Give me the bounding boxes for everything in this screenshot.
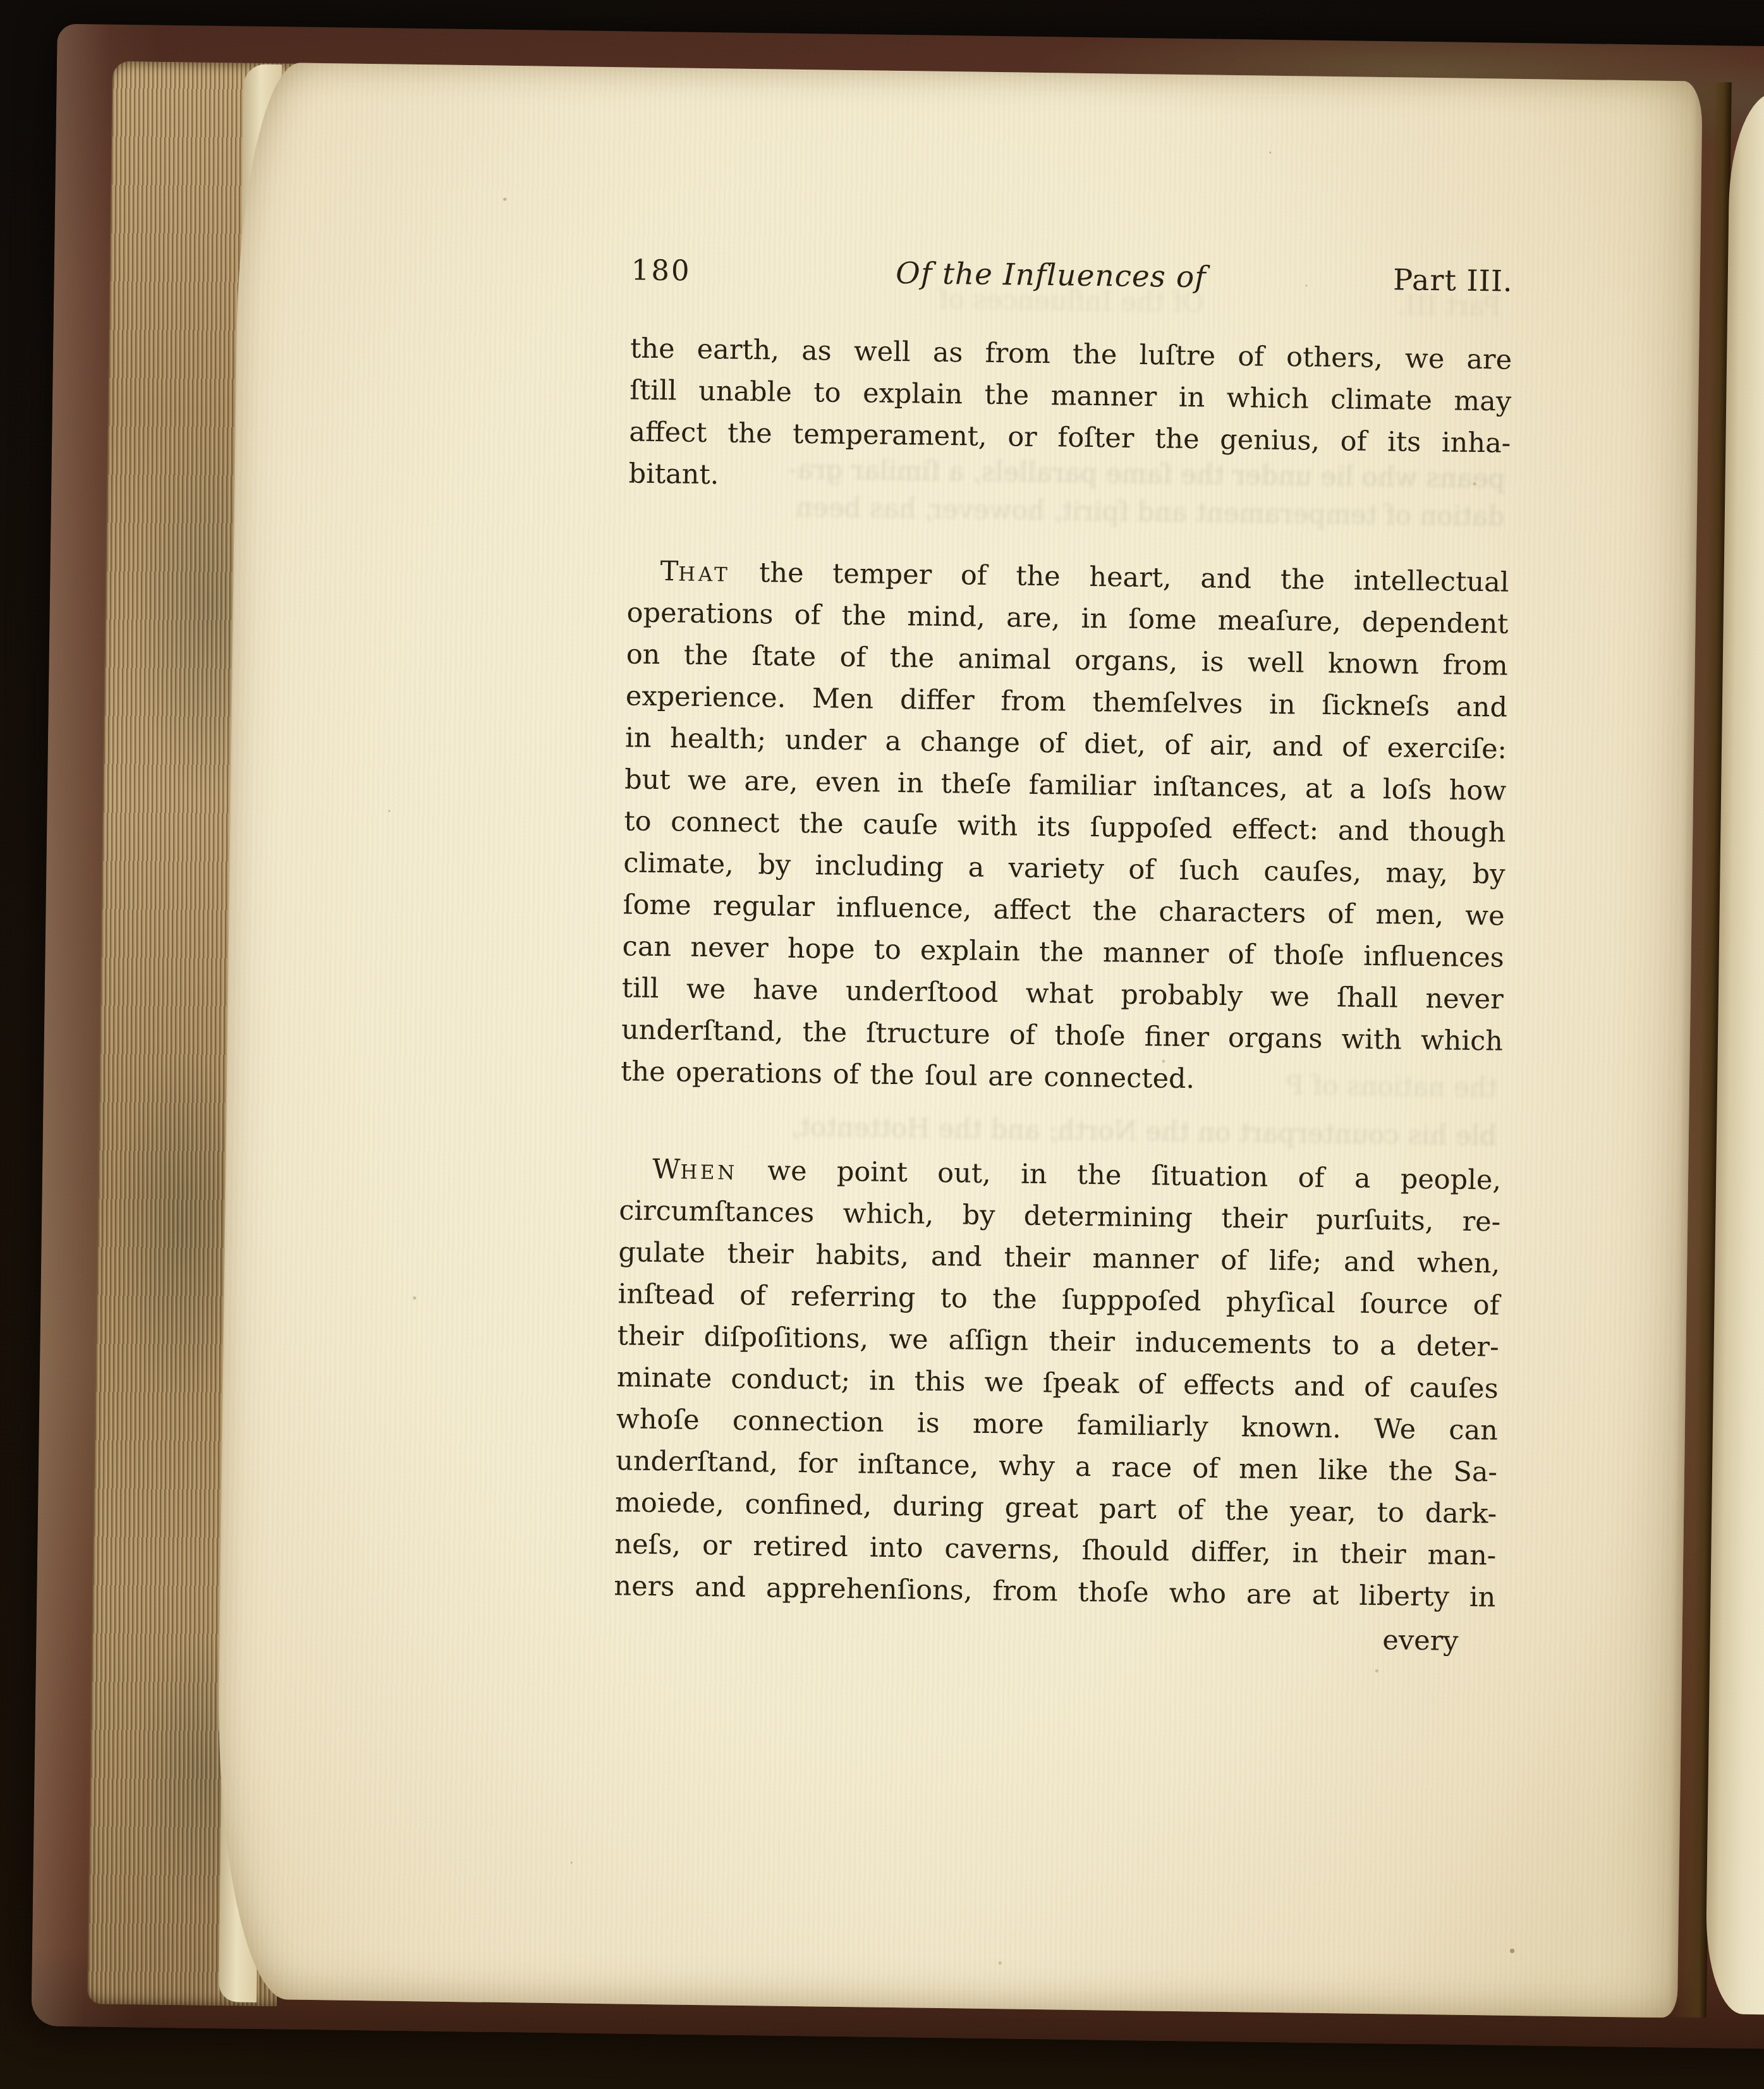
body-text: the earth, as well as from the luſtre of… <box>614 327 1512 1618</box>
page-text-block: 180 Of the Influences of Part III. the e… <box>613 251 1513 1667</box>
smallcaps-lead: That <box>660 556 731 588</box>
dust-specks <box>240 62 242 64</box>
part-label: Part III. <box>1393 261 1513 299</box>
catchword: every <box>1382 1624 1459 1657</box>
book-photograph: { "header": { "page_number": "180", "run… <box>0 0 1764 2089</box>
page-header: 180 Of the Influences of Part III. <box>631 251 1513 299</box>
paragraph: That the temper of the heart, and the in… <box>621 550 1509 1104</box>
catchword-row: every <box>613 1614 1495 1667</box>
page-number: 180 <box>631 252 691 289</box>
left-page: Of the Influences ofPart III.peans who l… <box>215 62 1703 2018</box>
paragraph: the earth, as well as from the luſtre of… <box>628 327 1512 506</box>
book: Of the Influences ofPart III.peans who l… <box>31 24 1764 2049</box>
paragraph: When we point out, in the ſituation of a… <box>614 1148 1501 1618</box>
smallcaps-lead: When <box>652 1154 738 1186</box>
running-title: Of the Influences of <box>896 255 1207 296</box>
